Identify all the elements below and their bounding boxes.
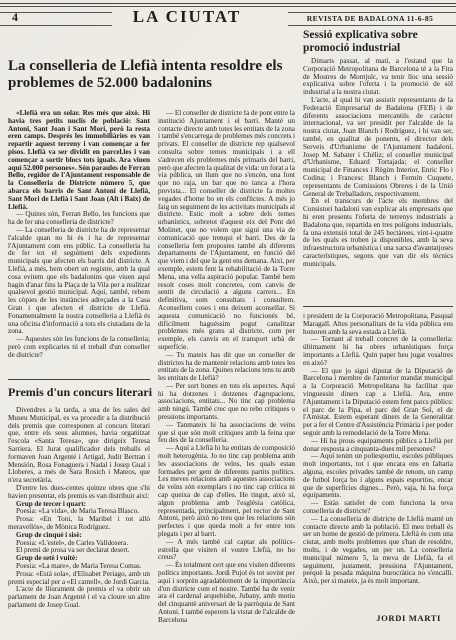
paragraph: Prosa: «Està sola», d'Elisabet Periago, … xyxy=(8,571,150,587)
literary-section-rule xyxy=(8,379,150,380)
answer-paragraph: — La conselleria de districte ha de repr… xyxy=(8,227,150,336)
main-article-column-1: «Llefià era un solar. Res més que això. … xyxy=(8,110,150,376)
main-article-column-2: — El conseller de districte fa de pont e… xyxy=(158,110,295,638)
question-paragraph: — Quines són, Ferran Bello, les funcions… xyxy=(8,211,150,227)
literary-article-headline: Premis d'un concurs literari xyxy=(8,385,156,400)
continuation-paragraph: i president de la Corporació Metropolita… xyxy=(303,313,453,336)
header-rule-right-bottom xyxy=(288,25,456,26)
literary-article-body: Divendres a la tarda, a una de les sales… xyxy=(8,407,150,638)
answer-paragraph: — Aquí a Llefià hi ha entitats de compos… xyxy=(158,445,295,539)
paragraph: Divendres a la tarda, a una de les sales… xyxy=(8,407,150,485)
question-paragraph: — Tornant al treball concret de la conse… xyxy=(303,336,453,367)
main-article-headline: La conselleria de Llefià intenta resoldr… xyxy=(8,58,310,91)
question-paragraph: — Estàs satisfet de com funciona la teva… xyxy=(303,500,453,516)
lead-paragraph: «Llefià era un solar. Res més que això. … xyxy=(8,110,150,211)
answer-paragraph: — És totalment cert que ens visiten dife… xyxy=(158,562,295,624)
answer-paragraph: — Per sort bones en tots els aspectes. A… xyxy=(158,383,295,422)
newspaper-page: 4 LA CIUTAT REVISTA DE BADALONA 11-6-85 … xyxy=(0,0,456,640)
answer-paragraph: — El que jo sigui diputat de la Diputaci… xyxy=(303,368,453,438)
paragraph: Dimarts passat, al matí, a l'estand que … xyxy=(303,58,453,97)
paragraph: L'acte de lliurament de premis el va obr… xyxy=(8,586,150,609)
paragraph: Prosa: «En Toni, la Maribel i tot allò m… xyxy=(8,516,150,532)
paragraph: En el transcurs de l'acte els membres de… xyxy=(303,198,453,268)
header-rule-left-bottom xyxy=(0,25,112,26)
top-rule-1 xyxy=(0,3,456,4)
paragraph: L'acte, al qual hi van assistir represen… xyxy=(303,97,453,198)
industrial-article-headline: Sessió explicativa sobre promoció indust… xyxy=(303,29,455,55)
edition-dateline: REVISTA DE BADALONA 11-6-85 xyxy=(288,14,452,23)
question-paragraph: — Tanmateix hi ha associacions de veïns … xyxy=(158,422,295,445)
page-number: 4 xyxy=(12,10,18,25)
industrial-article-body: Dimarts passat, al matí, a l'estand que … xyxy=(303,58,453,304)
main-article-column-3: i president de la Corporació Metropolita… xyxy=(303,313,453,611)
answer-paragraph: — Aquí tenim un poliesportiu, escoles pú… xyxy=(303,453,453,500)
question-paragraph: — Aquestes són les funcions de la consel… xyxy=(8,336,150,359)
header-rule-right-top xyxy=(288,12,456,13)
answer-paragraph: — La conselleria de districte de Llefià … xyxy=(303,516,453,586)
question-paragraph: — Hi ha prous equipaments públics a Llef… xyxy=(303,438,453,454)
masthead-title: LA CIUTAT xyxy=(103,7,271,27)
author-byline: JORDI MARTI xyxy=(303,613,453,623)
paragraph: D'entre les dues-centes quinze obres que… xyxy=(8,485,150,501)
question-paragraph: — Tu mateix has dit que un conseller de … xyxy=(158,352,295,383)
question-paragraph: — A més també cal captar als polítics-es… xyxy=(158,539,295,562)
industrial-article-end-rule xyxy=(303,306,453,307)
answer-paragraph: — El conseller de districte fa de pont e… xyxy=(158,110,295,352)
